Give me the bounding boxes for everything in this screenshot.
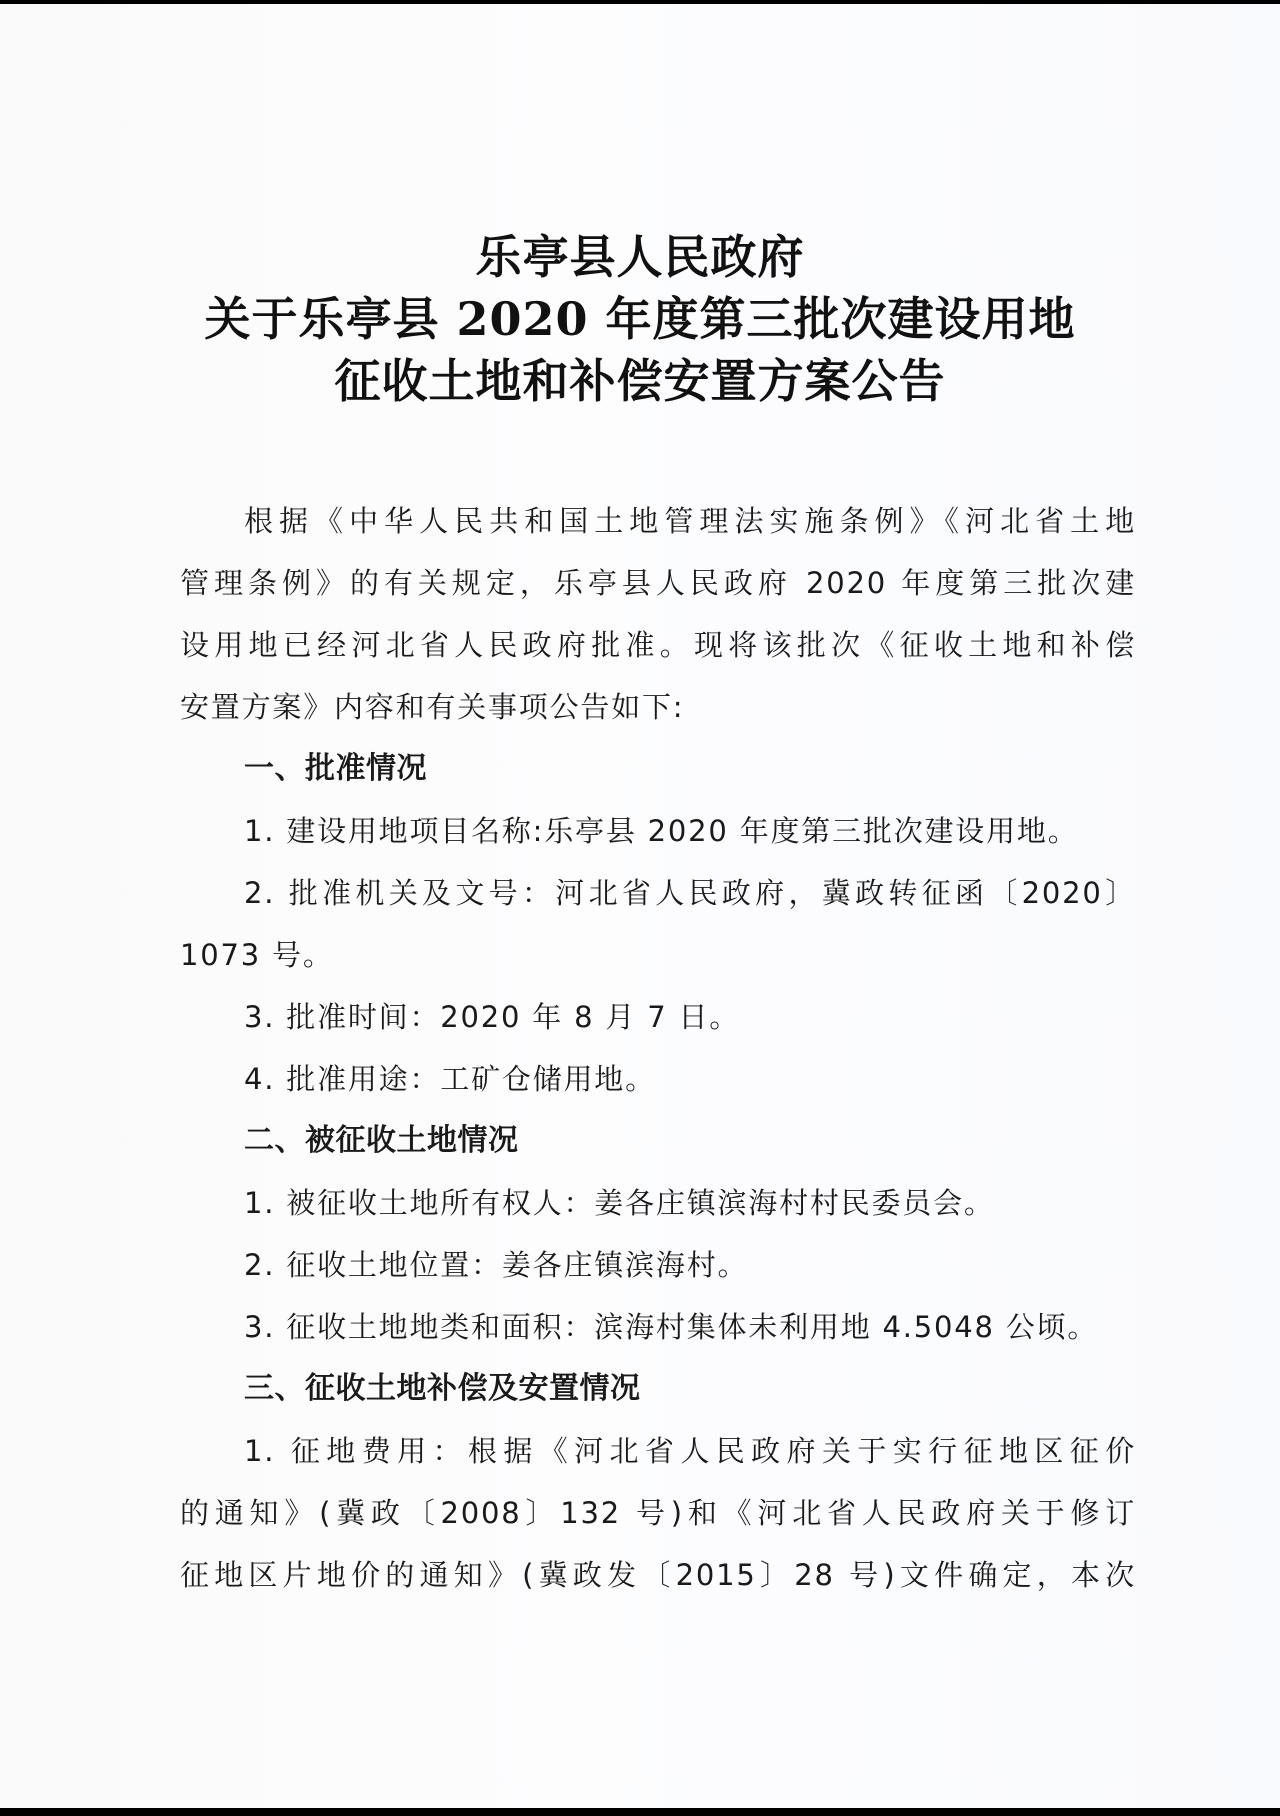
list-item: 1. 建设用地项目名称:乐亭县 2020 年度第三批次建设用地。 [180,800,1136,862]
intro-paragraph: 根据《中华人民共和国土地管理法实施条例》《河北省土地 管理条例》的有关规定，乐亭… [180,490,1136,738]
title-subject-line-2: 征收土地和补偿安置方案公告 [0,350,1280,412]
title-issuer: 乐亭县人民政府 [0,226,1280,288]
list-item: 2. 批准机关及文号：河北省人民政府，冀政转征函〔2020〕 [180,862,1136,924]
section-approval: 一、批准情况 1. 建设用地项目名称:乐亭县 2020 年度第三批次建设用地。 … [180,738,1136,1110]
intro-line: 安置方案》内容和有关事项公告如下: [180,676,1136,738]
title-subject-line-1: 关于乐亭县 2020 年度第三批次建设用地 [0,288,1280,350]
document-title: 乐亭县人民政府 关于乐亭县 2020 年度第三批次建设用地 征收土地和补偿安置方… [0,226,1280,412]
list-item: 2. 征收土地位置：姜各庄镇滨海村。 [180,1234,1136,1296]
intro-line: 设用地已经河北省人民政府批准。现将该批次《征收土地和补偿 [180,614,1136,676]
list-item-continuation: 征地区片地价的通知》(冀政发〔2015〕28 号)文件确定，本次 [180,1544,1136,1606]
list-item: 4. 批准用途：工矿仓储用地。 [180,1048,1136,1110]
document-body: 根据《中华人民共和国土地管理法实施条例》《河北省土地 管理条例》的有关规定，乐亭… [180,490,1136,1606]
document-page: 乐亭县人民政府 关于乐亭县 2020 年度第三批次建设用地 征收土地和补偿安置方… [0,4,1280,1808]
intro-line: 管理条例》的有关规定，乐亭县人民政府 2020 年度第三批次建 [180,552,1136,614]
list-item: 1. 被征收土地所有权人：姜各庄镇滨海村村民委员会。 [180,1172,1136,1234]
list-item: 3. 征收土地地类和面积：滨海村集体未利用地 4.5048 公顷。 [180,1296,1136,1358]
intro-line: 根据《中华人民共和国土地管理法实施条例》《河北省土地 [180,490,1136,552]
section-heading: 二、被征收土地情况 [180,1110,1136,1172]
list-item-continuation: 的通知》(冀政〔2008〕132 号)和《河北省人民政府关于修订 [180,1482,1136,1544]
list-item-continuation: 1073 号。 [180,924,1136,986]
list-item: 3. 批准时间：2020 年 8 月 7 日。 [180,986,1136,1048]
section-heading: 一、批准情况 [180,738,1136,800]
list-item: 1. 征地费用：根据《河北省人民政府关于实行征地区征价 [180,1420,1136,1482]
section-heading: 三、征收土地补偿及安置情况 [180,1358,1136,1420]
section-expropriated-land: 二、被征收土地情况 1. 被征收土地所有权人：姜各庄镇滨海村村民委员会。 2. … [180,1110,1136,1358]
section-compensation: 三、征收土地补偿及安置情况 1. 征地费用：根据《河北省人民政府关于实行征地区征… [180,1358,1136,1606]
